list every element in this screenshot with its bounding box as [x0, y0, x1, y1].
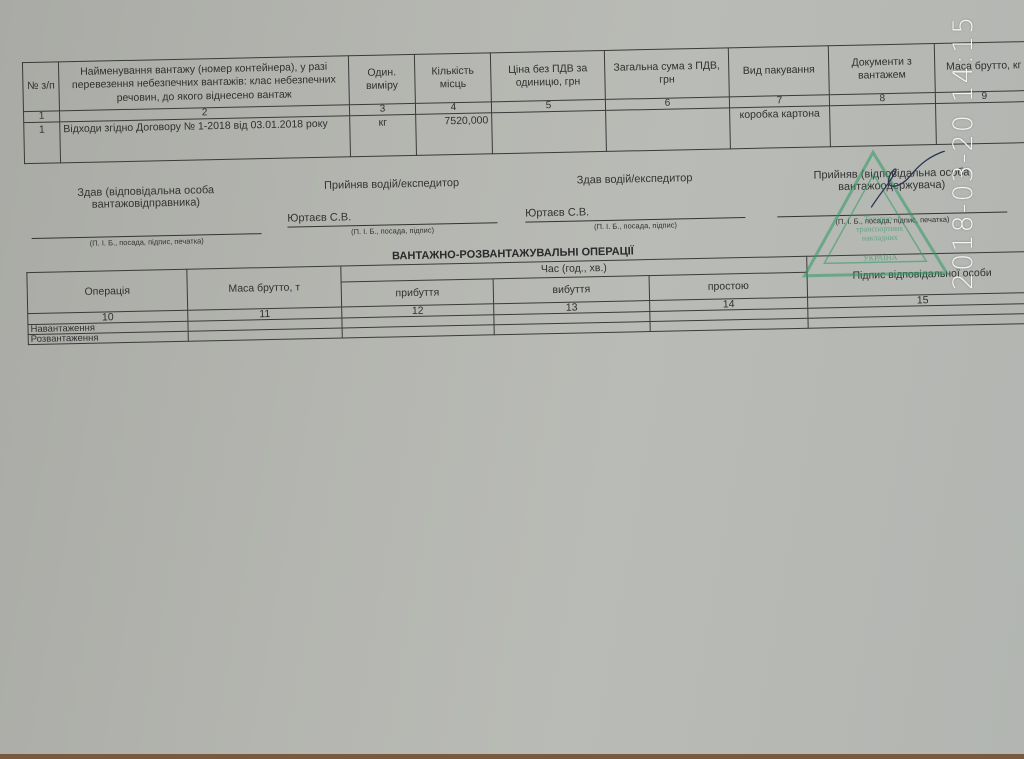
header-packaging: Вид пакування: [728, 46, 829, 97]
header-operation: Операція: [27, 269, 188, 313]
document-sheet: № з/п Найменування вантажу (номер контей…: [0, 0, 1024, 759]
cell-total: [606, 108, 731, 152]
header-ops-gross-mass: Маса брутто, т: [187, 266, 342, 310]
cell-empty: [188, 328, 342, 341]
signature-driver-accepted: Прийняв водій/експедитор Юртаєв С.В. (П.…: [286, 176, 497, 237]
cell-empty: [650, 318, 808, 331]
cell-packaging: коробка картона: [730, 106, 831, 149]
col-num: 1: [23, 111, 59, 123]
cell-documents: [830, 104, 937, 147]
header-departure: вибуття: [493, 276, 649, 304]
header-quantity: Кількість місць: [414, 53, 491, 104]
cell-empty: [342, 325, 494, 338]
cell-cargo-name: Відходи згідно Договору № 1-2018 від 03.…: [60, 116, 351, 163]
signature-shipper: Здав (відповідальна особа вантажовідправ…: [31, 183, 262, 249]
desk-edge: [0, 754, 1024, 759]
header-documents: Документи з вантажем: [828, 44, 935, 95]
stamp-center-text: Товарно-транспортних накладних: [849, 214, 910, 244]
header-cargo-name: Найменування вантажу (номер контейнера),…: [58, 56, 349, 111]
header-unit: Один. виміру: [348, 54, 415, 104]
cell-empty: [494, 322, 650, 335]
header-no: № з/п: [22, 62, 59, 112]
cargo-table: № з/п Найменування вантажу (номер контей…: [22, 41, 1024, 164]
cell-price: [492, 110, 607, 153]
signature-title: Здав (відповідальна особа вантажовідправ…: [31, 183, 262, 216]
signature-title: Здав водій/експедитор: [524, 171, 745, 204]
cell-unit: кг: [350, 114, 417, 156]
handwritten-signature-icon: [860, 151, 951, 213]
stamp-bottom-text: УКРАЇНА: [850, 252, 910, 263]
header-arrival: прибуття: [341, 279, 493, 307]
signature-title: Прийняв водій/експедитор: [286, 176, 497, 208]
header-idle: простою: [649, 272, 807, 300]
cell-operation: Розвантаження: [28, 331, 188, 344]
cell-quantity: 7520,000: [416, 113, 493, 156]
photo-timestamp: 2018-03-20 14:15: [948, 15, 979, 290]
cell-no: 1: [24, 122, 61, 164]
header-price: Ціна без ПДВ за одиницю, грн: [490, 50, 605, 101]
stamp-text: Товарно-транспортних накладних УКРАЇНА: [849, 214, 910, 264]
header-total: Загальна сума з ПДВ, грн: [604, 48, 729, 100]
signature-driver-handed: Здав водій/експедитор Юртаєв С.В. (П. І.…: [524, 171, 745, 233]
